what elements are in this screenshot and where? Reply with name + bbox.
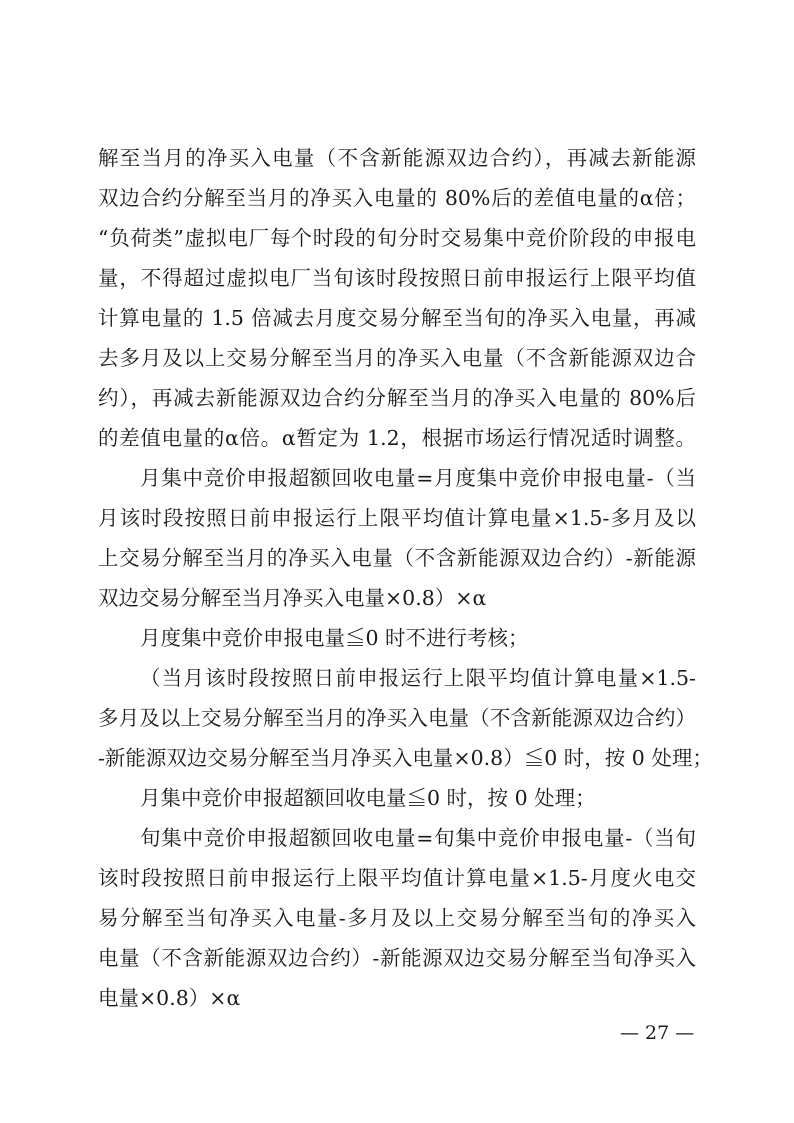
body-line-10: 月该时段按照日前申报运行上限平均值计算电量×1.5-多月及以 [98, 498, 696, 538]
body-line-2: 双边合约分解至当月的净买入电量的 80%后的差值电量的α倍； [98, 178, 696, 218]
body-line-4: 量，不得超过虚拟电厂当旬该时段按照日前申报运行上限平均值 [98, 258, 696, 298]
body-line-21: 电量（不含新能源双边合约）-新能源双边交易分解至当旬净买入 [98, 938, 696, 978]
body-line-16: -新能源双边交易分解至当月净买入电量×0.8）≦0 时，按 0 处理； [98, 738, 696, 778]
page-number: — 27 — [620, 1018, 694, 1048]
body-line-20: 易分解至当旬净买入电量-多月及以上交易分解至当旬的净买入 [98, 898, 696, 938]
paragraph-decade-formula-start: 旬集中竞价申报超额回收电量=旬集中竞价申报电量-（当旬 [140, 818, 696, 858]
body-line-7: 约），再减去新能源双边合约分解至当月的净买入电量的 80%后 [98, 378, 696, 418]
body-line-1: 解至当月的净买入电量（不含新能源双边合约），再减去新能源 [98, 138, 696, 178]
paragraph-zero-rule-start: （当月该时段按照日前申报运行上限平均值计算电量×1.5- [140, 658, 696, 698]
body-line-15: 多月及以上交易分解至当月的净买入电量（不含新能源双边合约） [98, 698, 696, 738]
body-line-22: 电量×0.8）×α [98, 978, 696, 1018]
body-line-6: 去多月及以上交易分解至当月的净买入电量（不含新能源双边合 [98, 338, 696, 378]
body-line-5: 计算电量的 1.5 倍减去月度交易分解至当旬的净买入电量，再减 [98, 298, 696, 338]
body-line-19: 该时段按照日前申报运行上限平均值计算电量×1.5-月度火电交 [98, 858, 696, 898]
body-line-3: “负荷类”虚拟电厂每个时段的旬分时交易集中竞价阶段的申报电 [98, 218, 696, 258]
paragraph-monthly-zero: 月集中竞价申报超额回收电量≦0 时，按 0 处理； [140, 778, 696, 818]
body-line-12: 双边交易分解至当月净买入电量×0.8）×α [98, 578, 696, 618]
paragraph-monthly-formula-start: 月集中竞价申报超额回收电量=月度集中竞价申报电量-（当 [140, 458, 696, 498]
paragraph-no-assessment: 月度集中竞价申报电量≦0 时不进行考核； [140, 618, 696, 658]
body-line-8: 的差值电量的α倍。α暂定为 1.2，根据市场运行情况适时调整。 [98, 418, 696, 458]
document-page: 解至当月的净买入电量（不含新能源双边合约），再减去新能源 双边合约分解至当月的净… [0, 0, 794, 1123]
body-line-11: 上交易分解至当月的净买入电量（不含新能源双边合约）-新能源 [98, 538, 696, 578]
